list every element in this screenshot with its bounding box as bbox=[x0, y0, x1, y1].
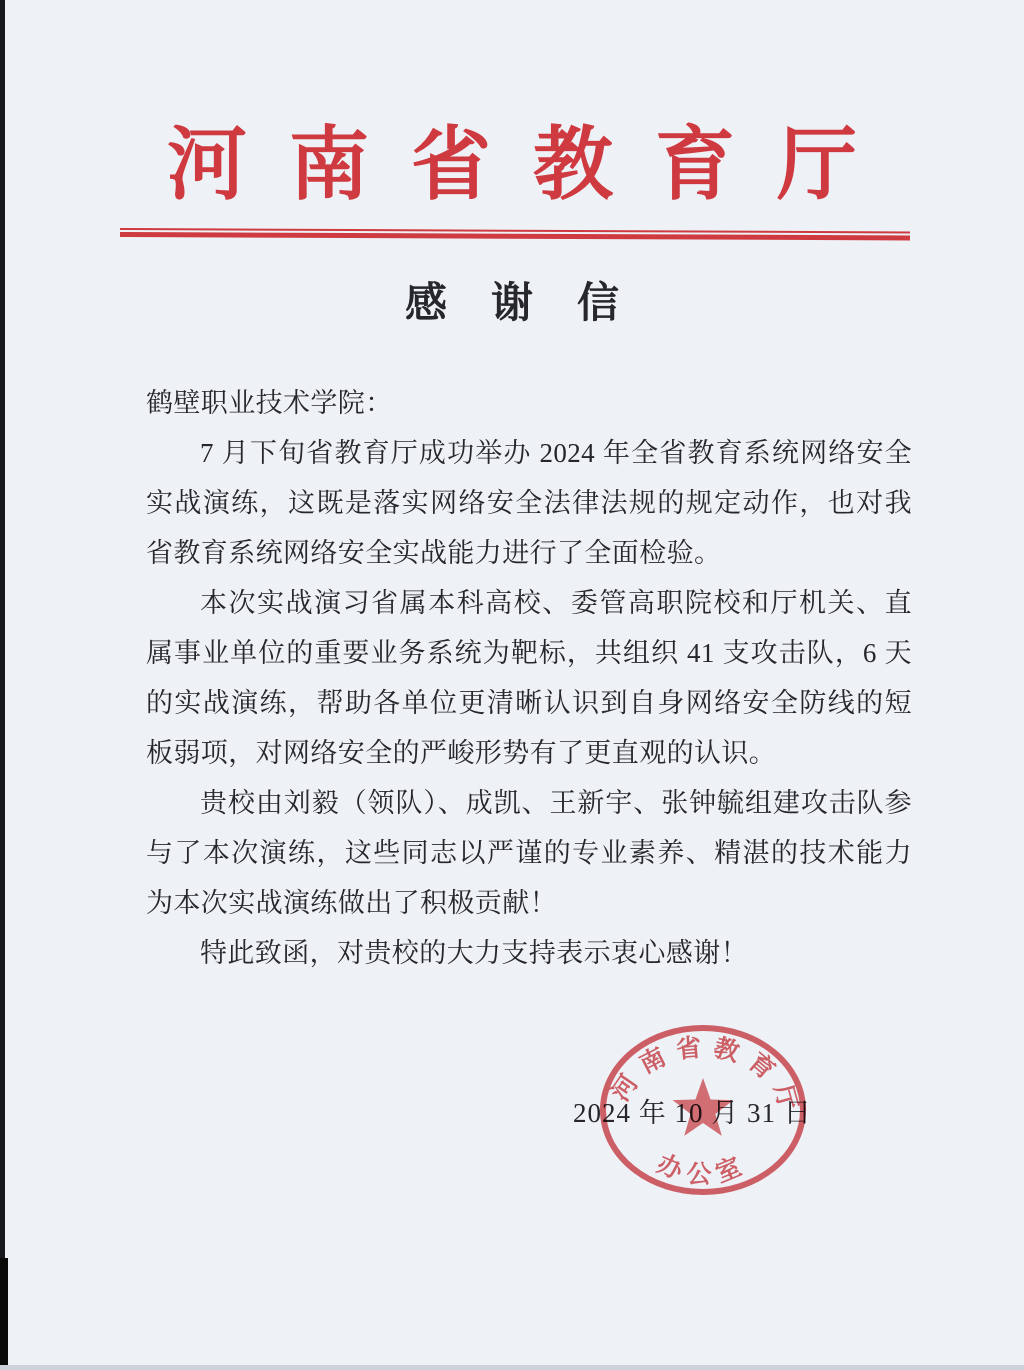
scanned-letter-page: 河南省教育厅 感谢信 鹤壁职业技术学院： 7 月下旬省教育厅成功举办 2024 … bbox=[0, 0, 1024, 1370]
body-paragraph: 本次实战演习省属本科高校、委管高职院校和厅机关、直属事业单位的重要业务系统为靶标… bbox=[146, 578, 912, 778]
body-paragraph: 7 月下旬省教育厅成功举办 2024 年全省教育系统网络安全实战演练，这既是落实… bbox=[146, 428, 912, 578]
letter-title: 感谢信 bbox=[0, 283, 1024, 325]
letter-title-text: 感谢信 bbox=[405, 283, 663, 325]
paragraph-list: 7 月下旬省教育厅成功举办 2024 年全省教育系统网络安全实战演练，这既是落实… bbox=[146, 428, 912, 978]
agency-letterhead: 河南省教育厅 bbox=[0, 126, 1024, 206]
seal-bottom-text: 办公室 bbox=[653, 1150, 753, 1189]
letterhead-divider bbox=[120, 228, 910, 240]
scan-edge-left-bottom-artifact bbox=[0, 1258, 8, 1370]
official-seal: 河南省教育厅 办公室 bbox=[593, 1015, 813, 1205]
body-paragraph: 特此致函，对贵校的大力支持表示衷心感谢！ bbox=[146, 928, 912, 978]
body-paragraph: 贵校由刘毅（领队）、成凯、王新宇、张钟毓组建攻击队参与了本次演练，这些同志以严谨… bbox=[146, 778, 912, 928]
scan-edge-bottom-artifact bbox=[0, 1365, 1024, 1370]
agency-letterhead-text: 河南省教育厅 bbox=[167, 126, 899, 206]
letter-body: 鹤壁职业技术学院： 7 月下旬省教育厅成功举办 2024 年全省教育系统网络安全… bbox=[146, 378, 912, 978]
salutation: 鹤壁职业技术学院： bbox=[146, 378, 912, 428]
seal-star-icon bbox=[673, 1078, 734, 1136]
